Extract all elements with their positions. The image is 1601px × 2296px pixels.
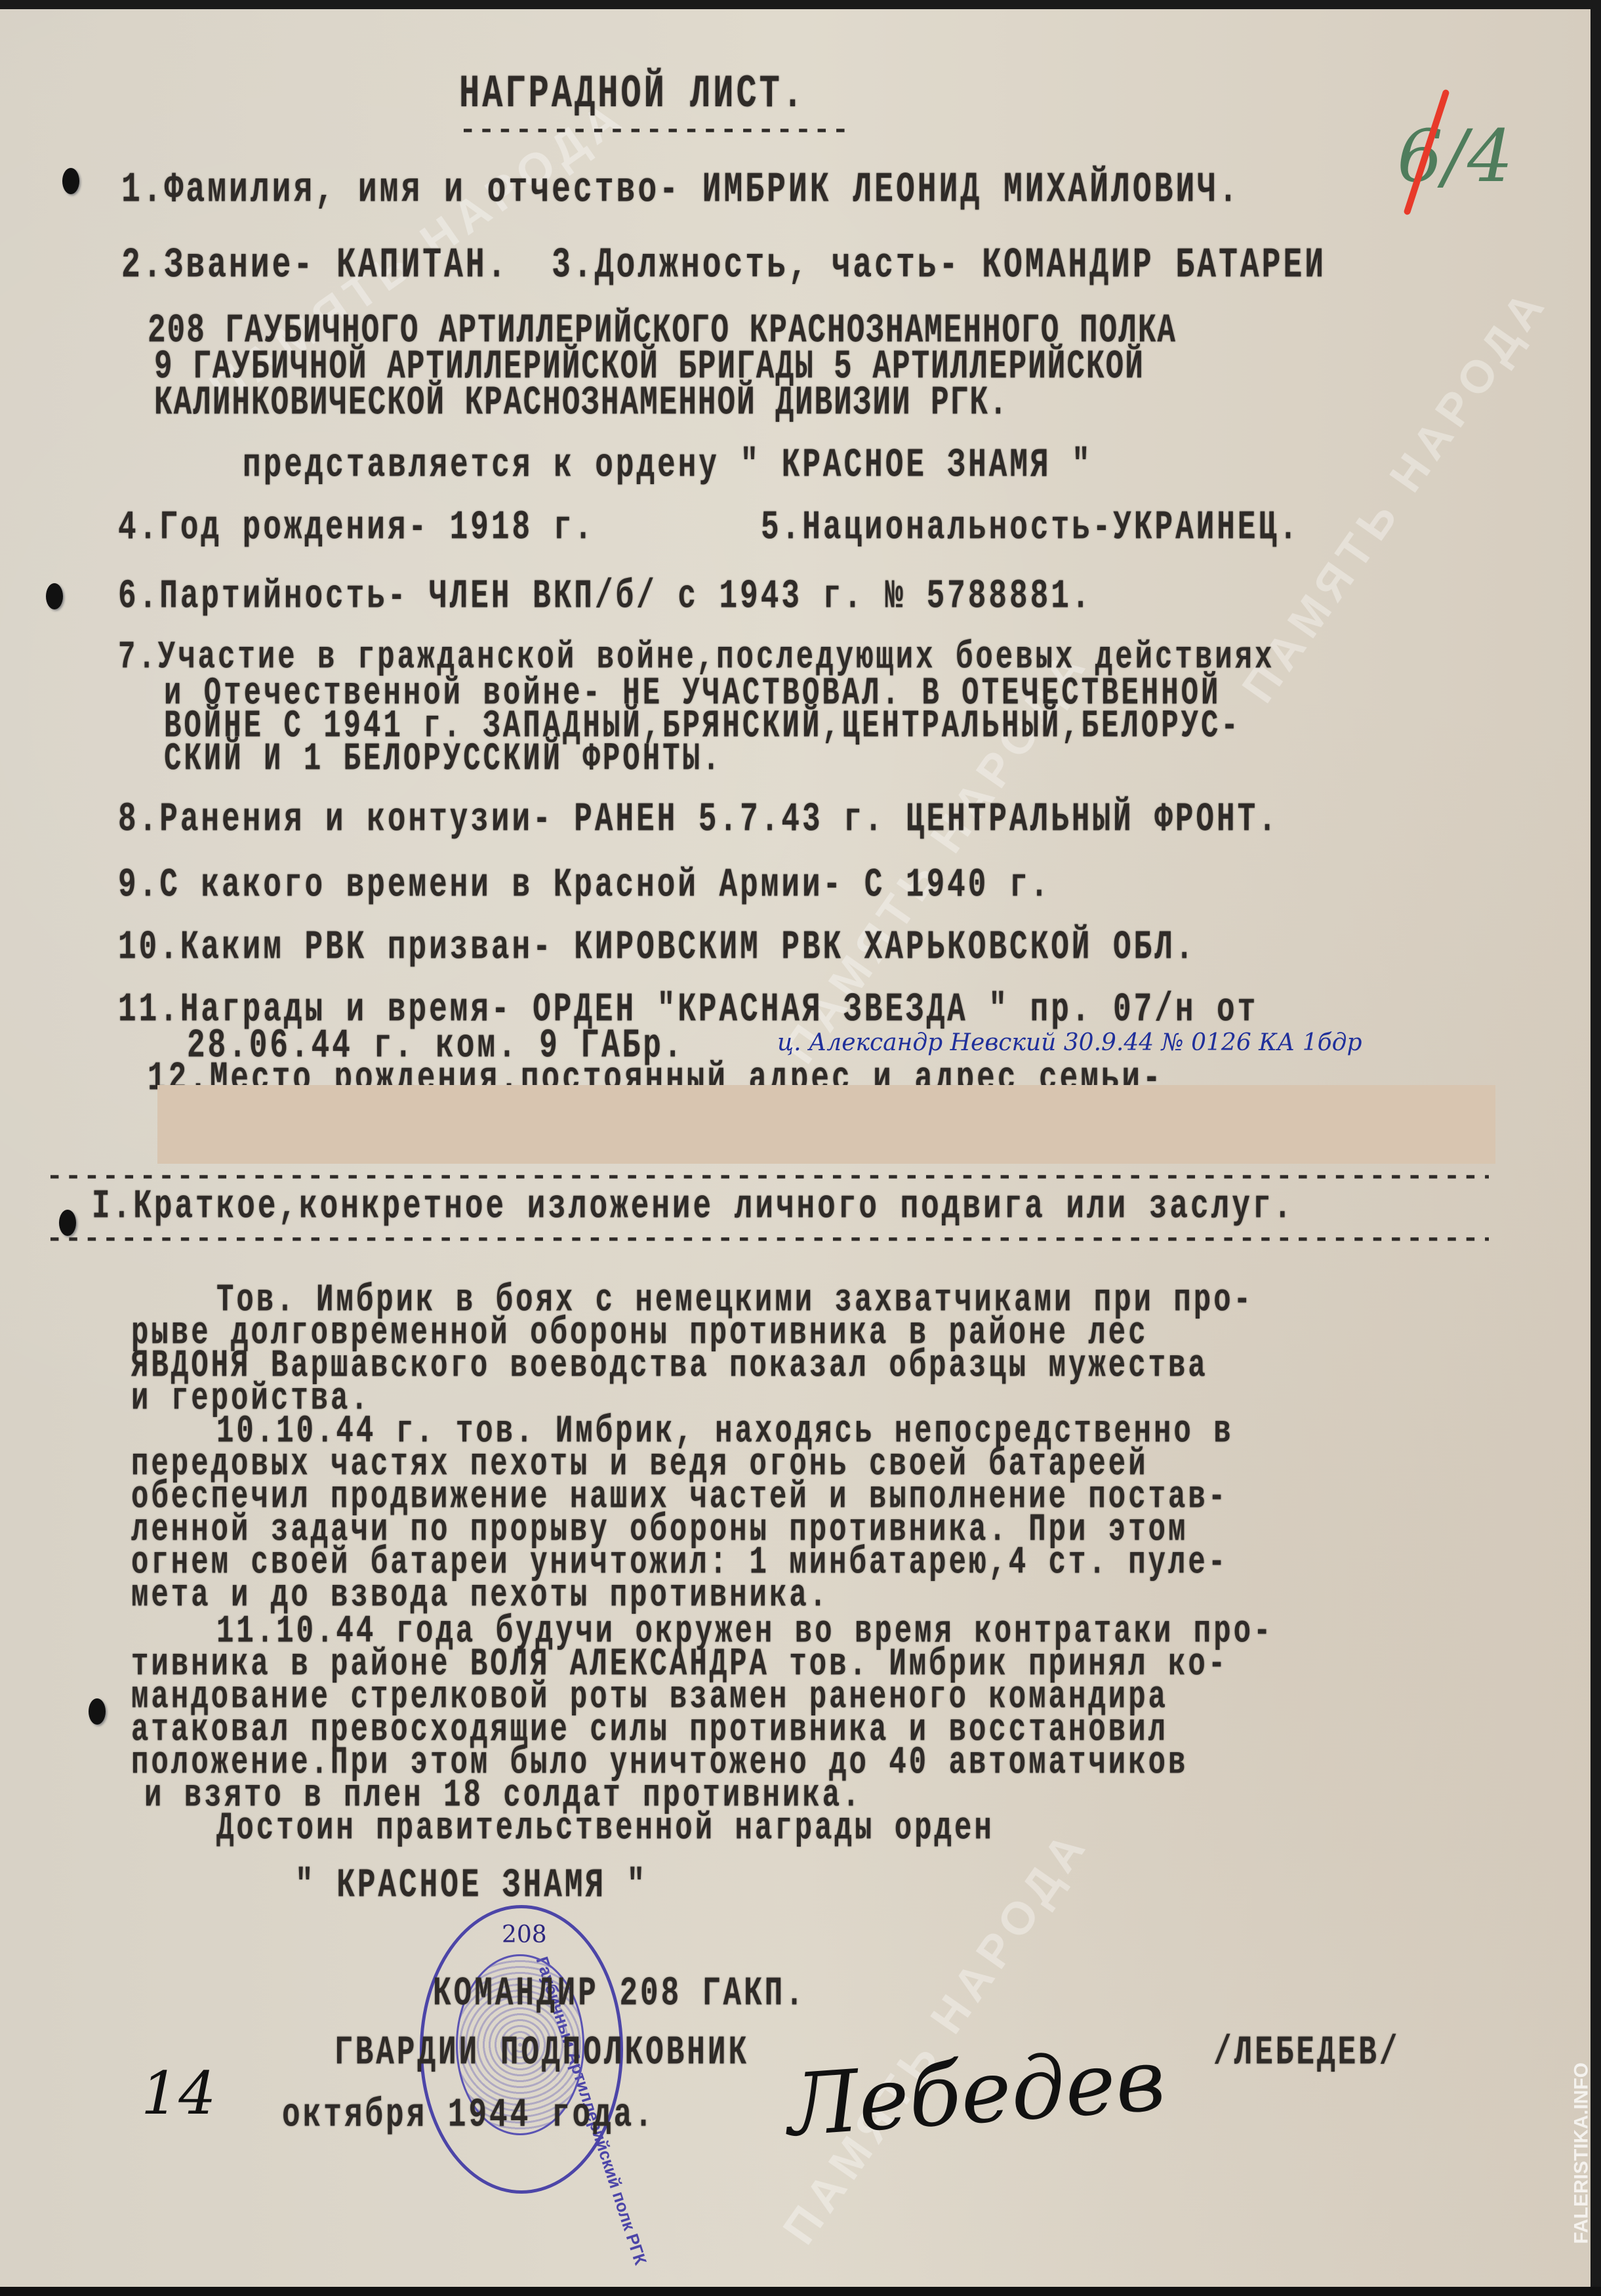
field-label: Должность, часть- xyxy=(595,242,961,290)
field-number: 3. xyxy=(552,242,595,290)
document-title: НАГРАДНОЙ ЛИСТ. xyxy=(459,68,805,121)
field-number: 2. xyxy=(121,242,165,290)
field-number: 1. xyxy=(121,167,165,215)
redacted-address xyxy=(157,1085,1495,1164)
field-value: КОМАНДИР БАТАРЕИ xyxy=(982,242,1326,290)
field-rank-position: 2.Звание- КАПИТАН. 3.Должность, часть- К… xyxy=(121,242,1326,290)
award-name: " КРАСНОЕ ЗНАМЯ " xyxy=(295,1862,647,1908)
unit-line: КАЛИНКОВИЧЕСКОЙ КРАСНОЗНАМЕННОЙ ДИВИЗИИ … xyxy=(154,380,1009,426)
award-sheet-page: ПАМЯТЬ НАРОДА ПАМЯТЬ НАРОДА ПАМЯТЬ НАРОД… xyxy=(0,9,1591,2287)
field-label: Фамилия, имя и отчество- xyxy=(165,167,681,215)
stamp-number: 208 xyxy=(502,1921,547,1948)
field-nationality: 5.Национальность-УКРАИНЕЦ. xyxy=(761,504,1300,550)
field-full-name: 1.Фамилия, имя и отчество- ИМБРИК ЛЕОНИД… xyxy=(121,167,1240,215)
title-underline: -------------------------------- xyxy=(459,114,853,147)
field-label: Звание- xyxy=(165,242,315,290)
punch-hole xyxy=(46,583,63,609)
signer-name: /ЛЕБЕДЕВ/ xyxy=(1213,2030,1400,2076)
field-value: КАПИТАН. xyxy=(336,242,508,290)
signer-position: КОМАНДИР 208 ГАКП. xyxy=(433,1971,806,2017)
field-war-participation: СКИЙ И 1 БЕЛОРУССКИЙ ФРОНТЫ. xyxy=(164,737,722,782)
field-service-since: 9.С какого времени в Красной Армии- С 19… xyxy=(118,862,1051,908)
archive-watermark: ПАМЯТЬ НАРОДА xyxy=(1232,277,1558,712)
commander-signature: Лебедев xyxy=(784,2030,1168,2156)
field-party: 6.Партийность- ЧЛЕН ВКП/б/ с 1943 г. № 5… xyxy=(118,573,1092,619)
site-watermark: FALERISTIKA.INFO xyxy=(1571,2062,1591,2244)
punch-hole xyxy=(62,168,79,194)
section-divider: ----------------------------------------… xyxy=(46,1223,1489,1256)
signer-rank: ГВАРДИИ ПОДПОЛКОВНИК xyxy=(334,2030,749,2076)
date-day: 14 xyxy=(141,2059,216,2128)
punch-hole xyxy=(89,1698,106,1725)
date-text: октября 1944 года. xyxy=(282,2092,655,2138)
field-wounds: 8.Ранения и контузии- РАНЕН 5.7.43 г. ЦЕ… xyxy=(118,796,1279,842)
narrative-line: Достоин правительственной награды орден xyxy=(216,1807,994,1851)
field-value: ИМБРИК ЛЕОНИД МИХАЙЛОВИЧ. xyxy=(702,167,1240,215)
archive-watermark: ПАМЯТЬ НАРОДА xyxy=(773,1819,1099,2254)
handwritten-award-note: ц. Александр Невский 30.9.44 № 0126 КА 1… xyxy=(777,1029,1362,1056)
field-birth-year: 4.Год рождения- 1918 г. xyxy=(118,504,595,550)
nominated-for: представляется к ордену " КРАСНОЕ ЗНАМЯ … xyxy=(243,442,1093,488)
field-drafted-by: 10.Каким РВК призван- КИРОВСКИМ РВК ХАРЬ… xyxy=(118,924,1196,970)
scan-border xyxy=(0,2287,1601,2296)
